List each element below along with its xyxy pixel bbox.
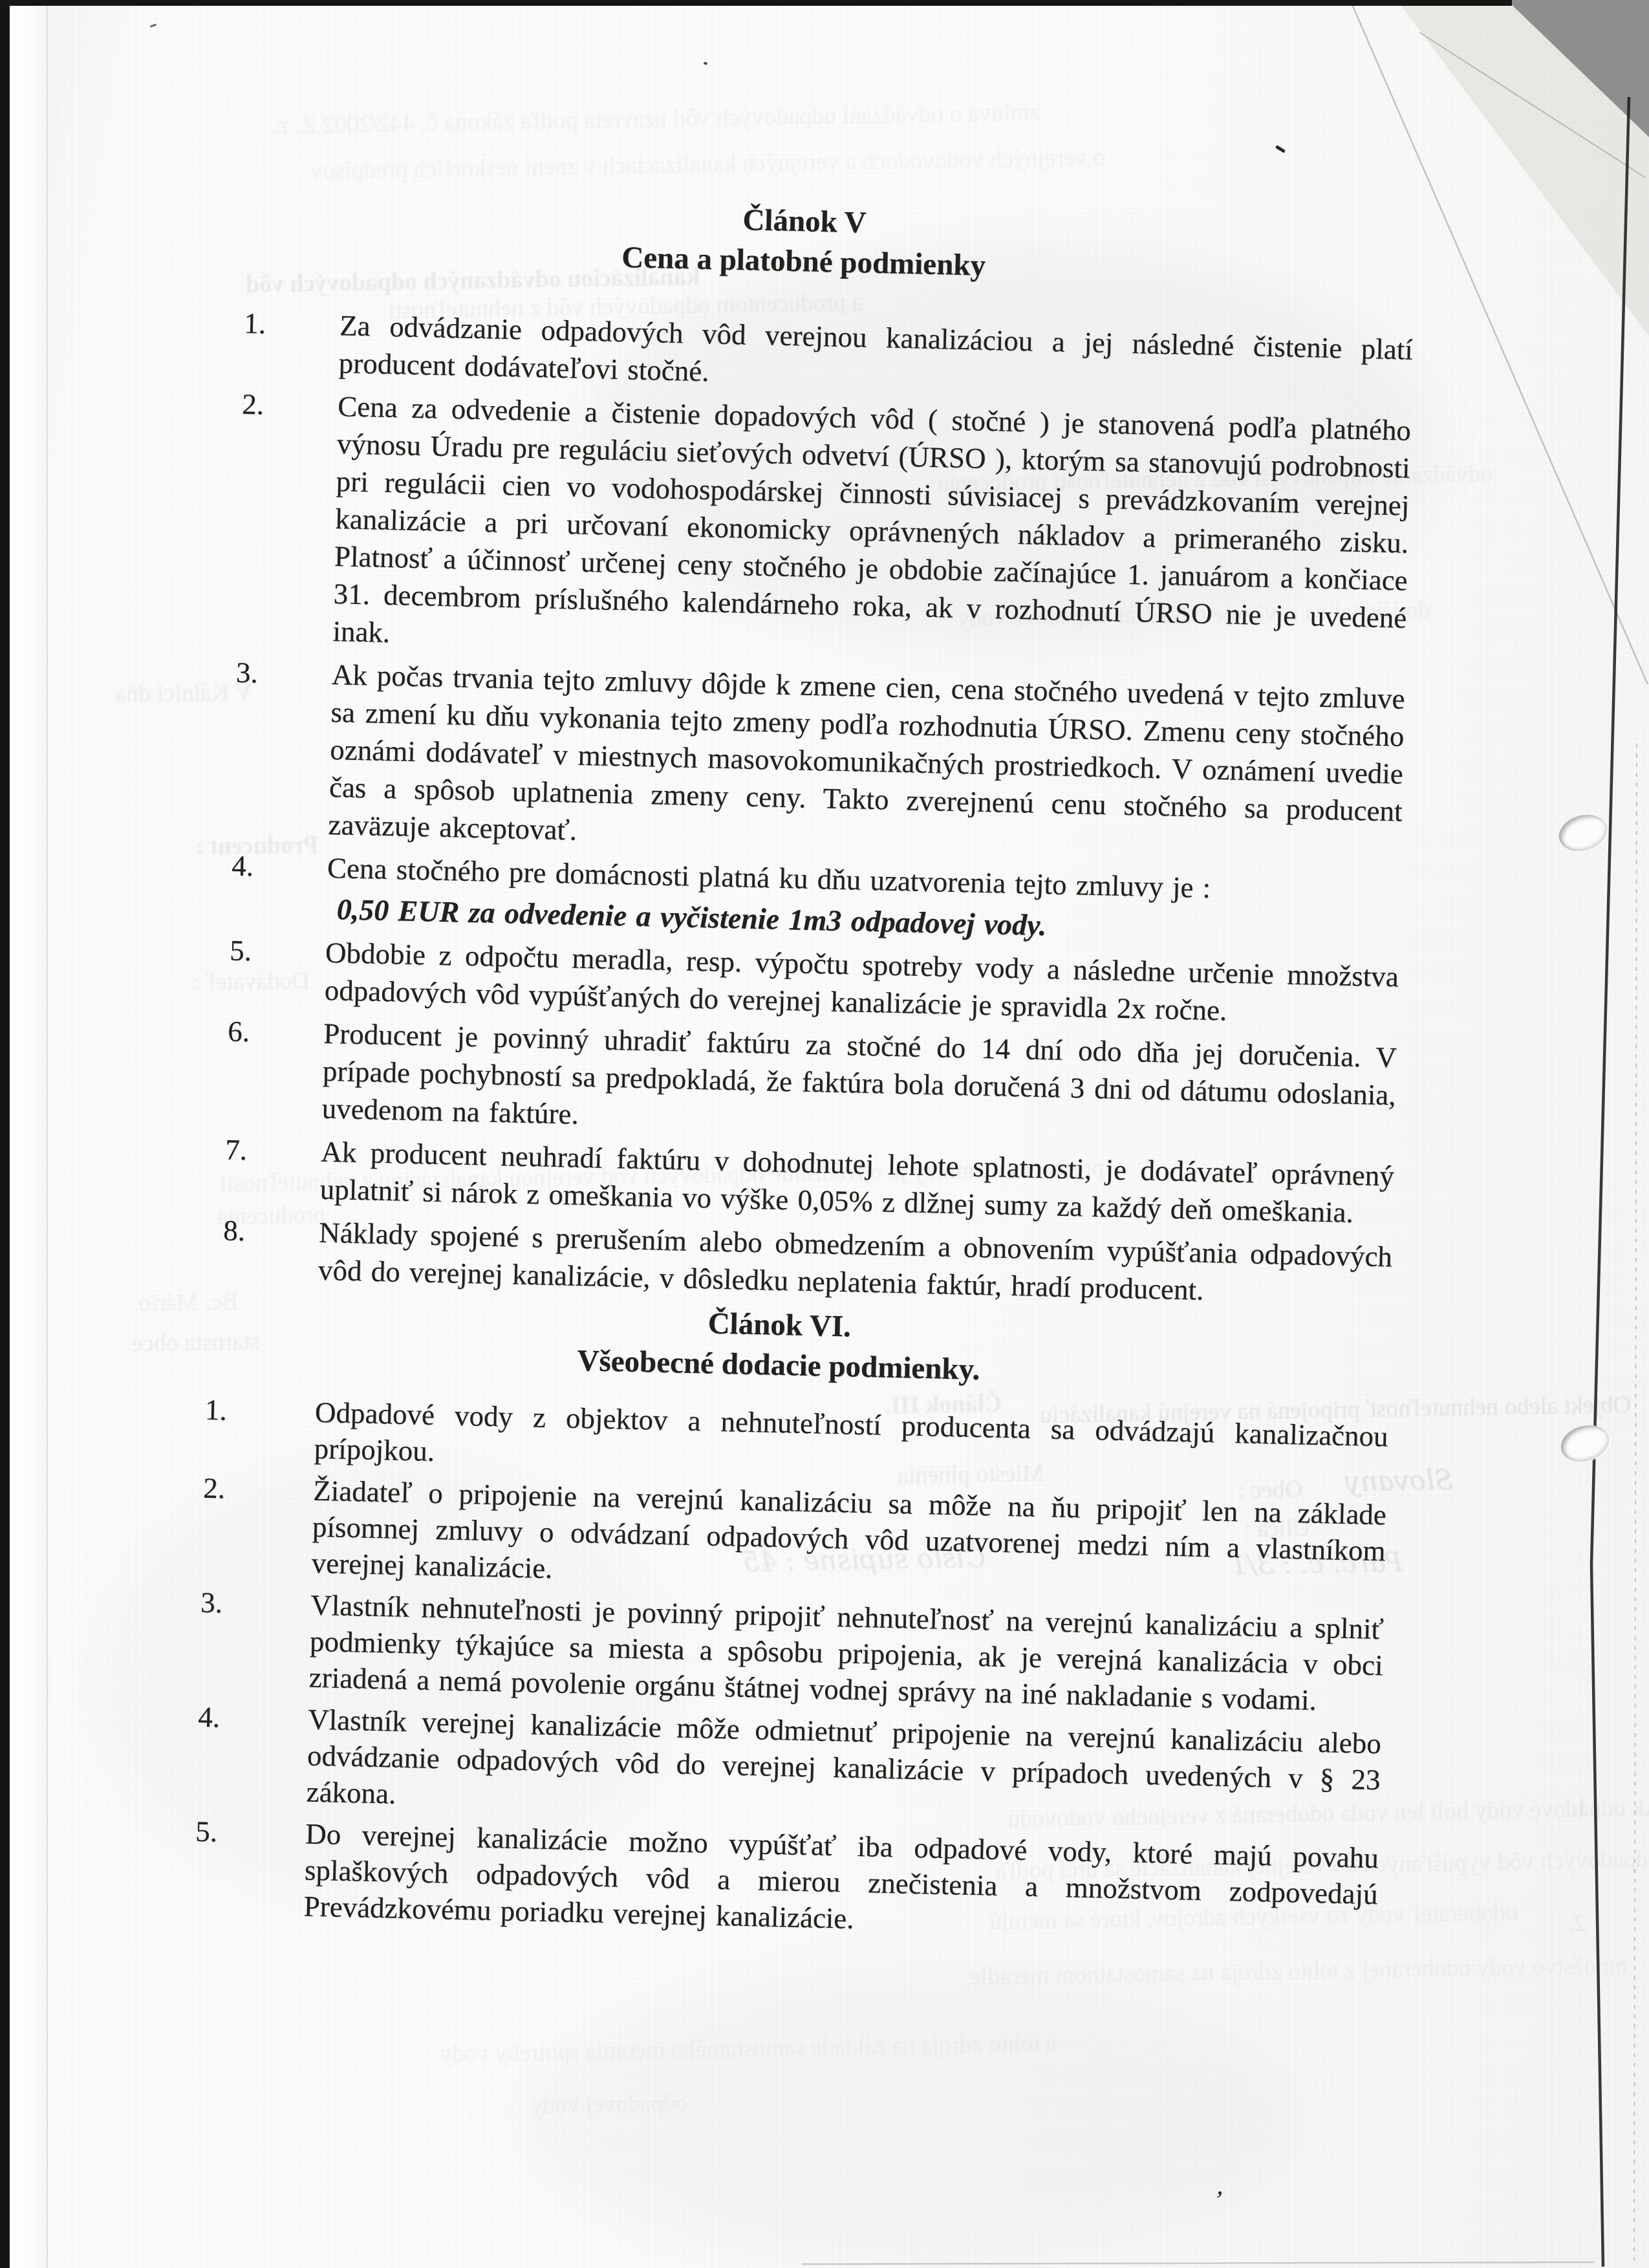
page-curl-crease [47, 0, 48, 2268]
item-number: 8. [223, 1211, 301, 1251]
list-item: 2. Žiadateľ o pripojenie na verejnú kana… [162, 1469, 1386, 1605]
bottom-page-edge [802, 2262, 1594, 2264]
page-curl-band-left [10, 0, 48, 2268]
article-v-list: 1. Za odvádzanie odpadových vôd verejnou… [169, 303, 1413, 1313]
list-item: 2. Cena za odvedenie a čistenie dopadový… [184, 384, 1412, 675]
item-number: 3. [200, 1584, 279, 1623]
list-item: 6. Producent je povinný uhradiť faktúru … [173, 1011, 1397, 1152]
item-number: 4. [198, 1699, 276, 1737]
item-number: 1. [204, 1392, 283, 1430]
item-number: 6. [228, 1013, 306, 1052]
item-number: 5. [230, 932, 308, 971]
underlying-sheet-edge [1634, 744, 1637, 2267]
list-item: 4. Vlastník verejnej kanalizácie môže od… [157, 1698, 1381, 1834]
list-item: 3. Vlastník nehnuteľnosti je povinný pri… [160, 1583, 1384, 1720]
item-text: Vlastník verejnej kanalizácie môže odmie… [306, 1703, 1381, 1810]
item-text: Žiadateľ o pripojenie na verejnú kanaliz… [311, 1474, 1386, 1584]
item-text: Ak počas trvania tejto zmluvy dôjde k zm… [328, 658, 1405, 847]
item-text: Náklady spojené s prerušením alebo obmed… [318, 1216, 1393, 1306]
document-text: Článok V Cena a platobné podmienky 1. Za… [155, 188, 1416, 1954]
page-edge-line [1591, 97, 1629, 2267]
item-number: 4. [232, 847, 310, 887]
item-text: Obdobie z odpočtu meradla, resp. výpočtu… [324, 936, 1399, 1027]
item-text: Producent je povinný uhradiť faktúru za … [321, 1017, 1397, 1130]
item-text: Odpadové vody z objektov a nehnuteľností… [314, 1396, 1388, 1467]
scan-speck [704, 62, 708, 65]
item-number: 2. [203, 1470, 281, 1508]
list-item: 3. Ak počas trvania tejto zmluvy dôjde k… [179, 653, 1405, 868]
item-number: 3. [235, 654, 314, 693]
item-text: Cena za odvedenie a čistenie dopadových … [332, 390, 1412, 649]
scanner-edge-strip-top [0, 0, 1512, 6]
list-item: 5. Do verejnej kanalizácie možno vypúšťa… [155, 1812, 1379, 1949]
item-number: 1. [244, 305, 322, 344]
item-number: 2. [242, 385, 320, 425]
item-text: Ak producent neuhradí faktúru v dohodnut… [319, 1136, 1394, 1229]
scanner-edge-strip-left [0, 0, 10, 2268]
item-text: Za odvádzanie odpadových vôd verejnou ka… [338, 309, 1413, 387]
article-vi-list: 1. Odpadové vody z objektov a nehnuteľno… [155, 1391, 1388, 1949]
item-text: Do verejnej kanalizácie možno vypúšťať i… [303, 1818, 1379, 1935]
item-number: 7. [225, 1130, 303, 1170]
item-number: 5. [195, 1813, 274, 1852]
item-text: Vlastník nehnuteľnosti je povinný pripoj… [308, 1589, 1384, 1716]
scanned-contract-page: kanalizáciou odvádzaných odpadových vôd … [0, 0, 1649, 2268]
